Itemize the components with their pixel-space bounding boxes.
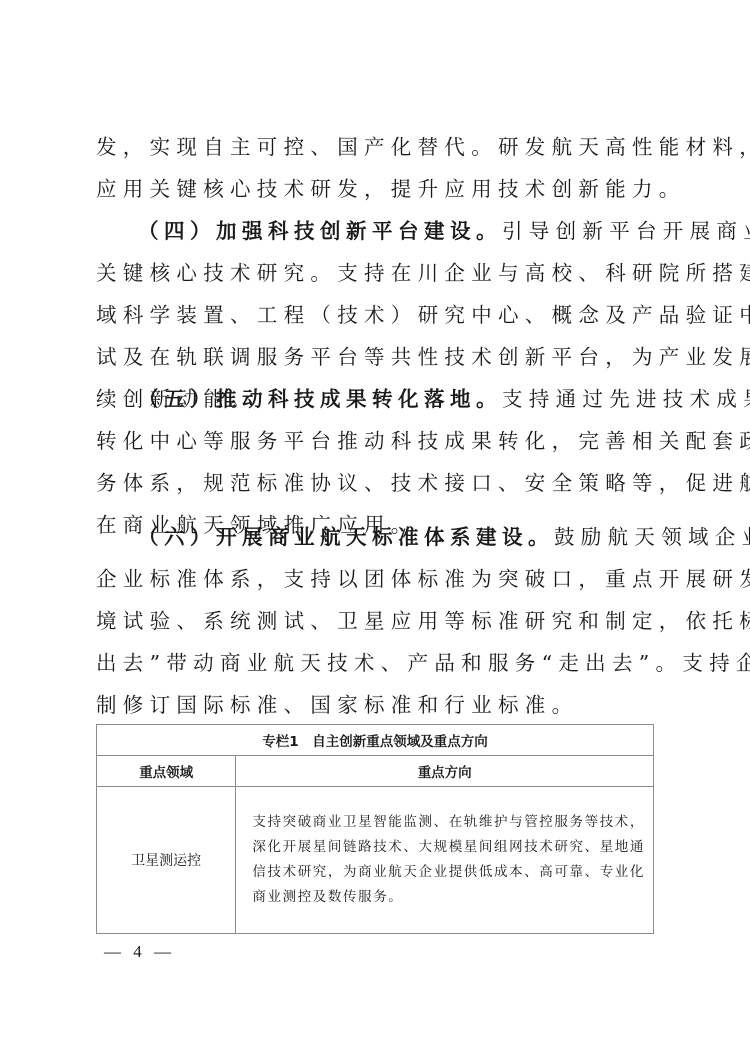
text-line: （四）加强科技创新平台建设。引导创新平台开展商业航天	[96, 210, 656, 252]
text-line: 出去”带动商业航天技术、产品和服务“走出去”。支持企业参与	[96, 642, 656, 684]
cell-domain: 卫星测运控	[97, 787, 236, 934]
text-line: （六）开展商业航天标准体系建设。鼓励航天领域企业建立	[96, 516, 656, 558]
text-line: 支持突破商业卫星智能监测、在轨维护与管控服务等技术，	[252, 810, 645, 835]
page-number: — 4 —	[104, 942, 175, 962]
table-header-row: 重点领域 重点方向	[97, 756, 654, 787]
column-header-domain: 重点领域	[97, 756, 236, 787]
cell-direction: 支持突破商业卫星智能监测、在轨维护与管控服务等技术， 深化开展星间链路技术、大规…	[236, 787, 654, 934]
table-caption-row: 专栏1 自主创新重点领域及重点方向	[97, 725, 654, 756]
table-caption: 专栏1 自主创新重点领域及重点方向	[97, 725, 654, 756]
text-line: 域科学装置、工程（技术）研究中心、概念及产品验证中心、星地测	[96, 294, 656, 336]
text-line: 关键核心技术研究。支持在川企业与高校、科研院所搭建航天领	[96, 252, 656, 294]
text-run: 鼓励航天领域企业建立	[554, 525, 750, 549]
text-line: 信技术研究，为商业航天企业提供低成本、高可靠、专业化	[252, 860, 645, 885]
text-line: （五）推动科技成果转化落地。支持通过先进技术成果西部	[96, 378, 656, 420]
table-row: 卫星测运控 支持突破商业卫星智能监测、在轨维护与管控服务等技术， 深化开展星间链…	[97, 787, 654, 934]
paragraph-continued: 发，实现自主可控、国产化替代。研发航天高性能材料，推进卫星 应用关键核心技术研发…	[96, 126, 656, 210]
section-heading: （六）开展商业航天标准体系建设。	[138, 525, 554, 549]
text-run: 引导创新平台开展商业航天	[502, 219, 750, 243]
text-line: 制修订国际标准、国家标准和行业标准。	[96, 684, 656, 726]
text-line: 境试验、系统测试、卫星应用等标准研究和制定，依托标准体系“走	[96, 600, 656, 642]
text-line: 深化开展星间链路技术、大规模星间组网技术研究、星地通	[252, 835, 645, 860]
section-heading: （五）推动科技成果转化落地。	[138, 387, 502, 411]
text-line: 商业测控及数传服务。	[252, 885, 645, 910]
text-line: 试及在轨联调服务平台等共性技术创新平台，为产业发展提供持	[96, 336, 656, 378]
document-page: 发，实现自主可控、国产化替代。研发航天高性能材料，推进卫星 应用关键核心技术研发…	[0, 0, 750, 1061]
paragraph-standards-system: （六）开展商业航天标准体系建设。鼓励航天领域企业建立 企业标准体系，支持以团体标…	[96, 516, 656, 726]
text-line: 应用关键核心技术研发，提升应用技术创新能力。	[96, 168, 656, 210]
text-run: 支持通过先进技术成果西部	[502, 387, 750, 411]
column-header-direction: 重点方向	[236, 756, 654, 787]
section-heading: （四）加强科技创新平台建设。	[138, 219, 502, 243]
feature-box-table: 专栏1 自主创新重点领域及重点方向 重点领域 重点方向 卫星测运控 支持突破商业…	[96, 724, 654, 934]
text-line: 发，实现自主可控、国产化替代。研发航天高性能材料，推进卫星	[96, 126, 656, 168]
text-line: 企业标准体系，支持以团体标准为突破口，重点开展研发制造、环	[96, 558, 656, 600]
text-line: 务体系，规范标准协议、技术接口、安全策略等，促进航天科技成果	[96, 462, 656, 504]
text-line: 转化中心等服务平台推动科技成果转化，完善相关配套政策和服	[96, 420, 656, 462]
